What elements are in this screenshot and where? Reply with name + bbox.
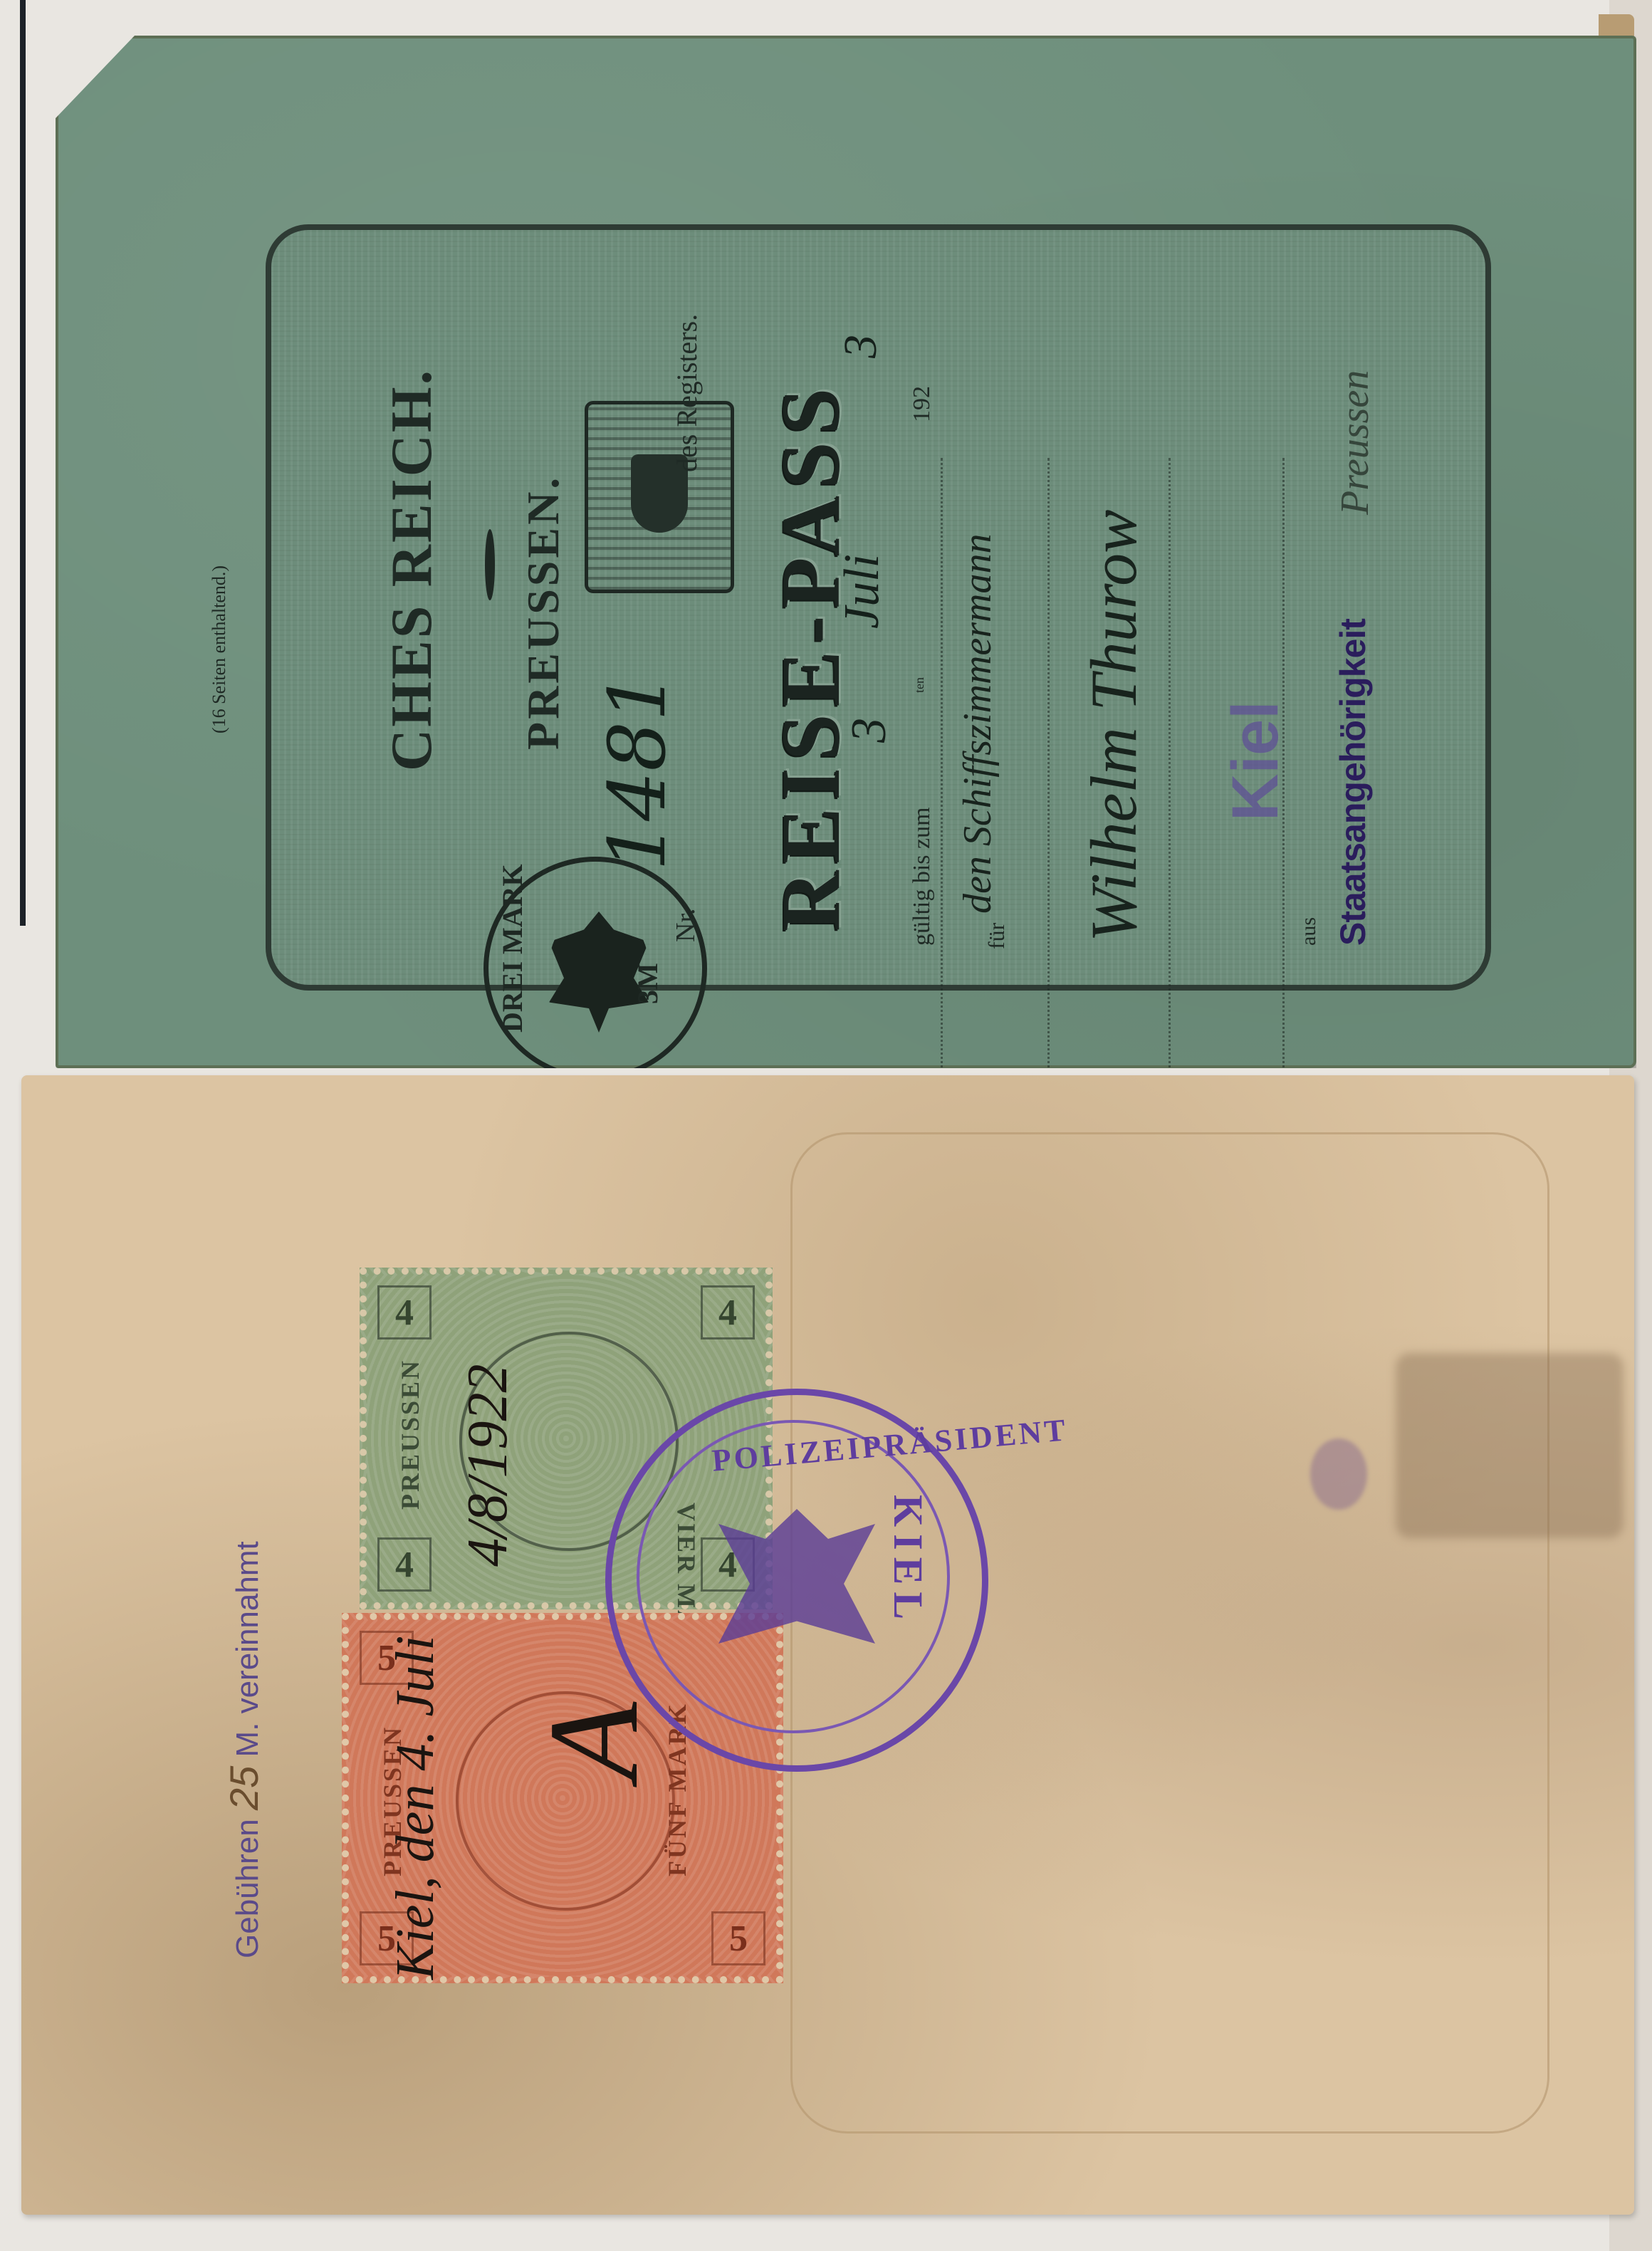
register-suffix: des Registers. [670,314,704,472]
validity-year-suffix: 3 [834,335,888,358]
validity-year-prefix: 192 [909,386,936,422]
validity-ven: ten [912,677,927,693]
corner-value: 5 [711,1911,765,1965]
validity-label: gültig bis zum [909,807,936,946]
holder-occupation: den Schiffszimmermann [955,533,1000,914]
holder-name: Wilhelm Thurow [1076,510,1151,942]
three-mark-revenue-seal: DREI MARK 3M [483,857,707,1080]
passport-title: REISE-PASS [763,381,859,931]
fee-prefix: Gebühren [230,1819,265,1958]
fee-stamp: Gebühren 25 M. vereinnahmt [221,1541,267,1958]
register-number: 1481 [592,672,683,871]
divider-ornament [485,529,495,600]
passport-cover: (16 Seiten enthaltend.) DREI MARK 3M CHE… [56,36,1636,1068]
prussian-coat-of-arms-icon [585,401,734,593]
handwritten-issue-note: Kiel, den 4. Juli [385,1636,446,1980]
seal-city: KIEL [884,1495,932,1626]
origin-city-stamp: Kiel [1218,701,1293,821]
form-dotted-line [1047,458,1050,1099]
form-dotted-line [941,458,943,1099]
handwritten-cancel-date: 4/8/1922 [456,1364,521,1567]
validity-day: 3 [841,718,898,743]
form-dotted-line [1169,458,1171,1099]
pages-note: (16 Seiten enthaltend.) [209,565,230,733]
nationality-handwritten: Preussen [1332,370,1378,515]
nationality-stamp: Staatsangehörigkeit [1332,619,1374,946]
empire-title: CHES REICH. [378,368,445,771]
corner-value: 4 [377,1285,432,1339]
water-stain [1396,1353,1624,1538]
corner-value: 4 [377,1537,432,1592]
register-prefix: Nr. [670,909,701,943]
state-title: PREUSSEN. [517,475,570,750]
stamp-country: PREUSSEN [395,1359,425,1510]
origin-label: aus [1297,917,1321,946]
fee-suffix: M. vereinnahmt [230,1541,265,1757]
handwritten-initial: A [520,1702,667,1780]
seal-value: 3M [631,963,664,1004]
fee-amount: 25 [221,1766,266,1810]
cover-inner-panel: DREI MARK 3M CHES REICH. PREUSSEN. Nr. 1… [266,224,1491,991]
corner-value: 4 [701,1285,755,1339]
seal-ring-text: DREI MARK [496,864,529,1033]
police-president-seal: POLIZEIPRÄSIDENT KIEL [605,1389,988,1772]
ink-stain [1310,1438,1367,1510]
holder-for-label: für [983,923,1010,949]
validity-month: Juli [834,554,891,629]
mount-frame-line [20,0,26,926]
